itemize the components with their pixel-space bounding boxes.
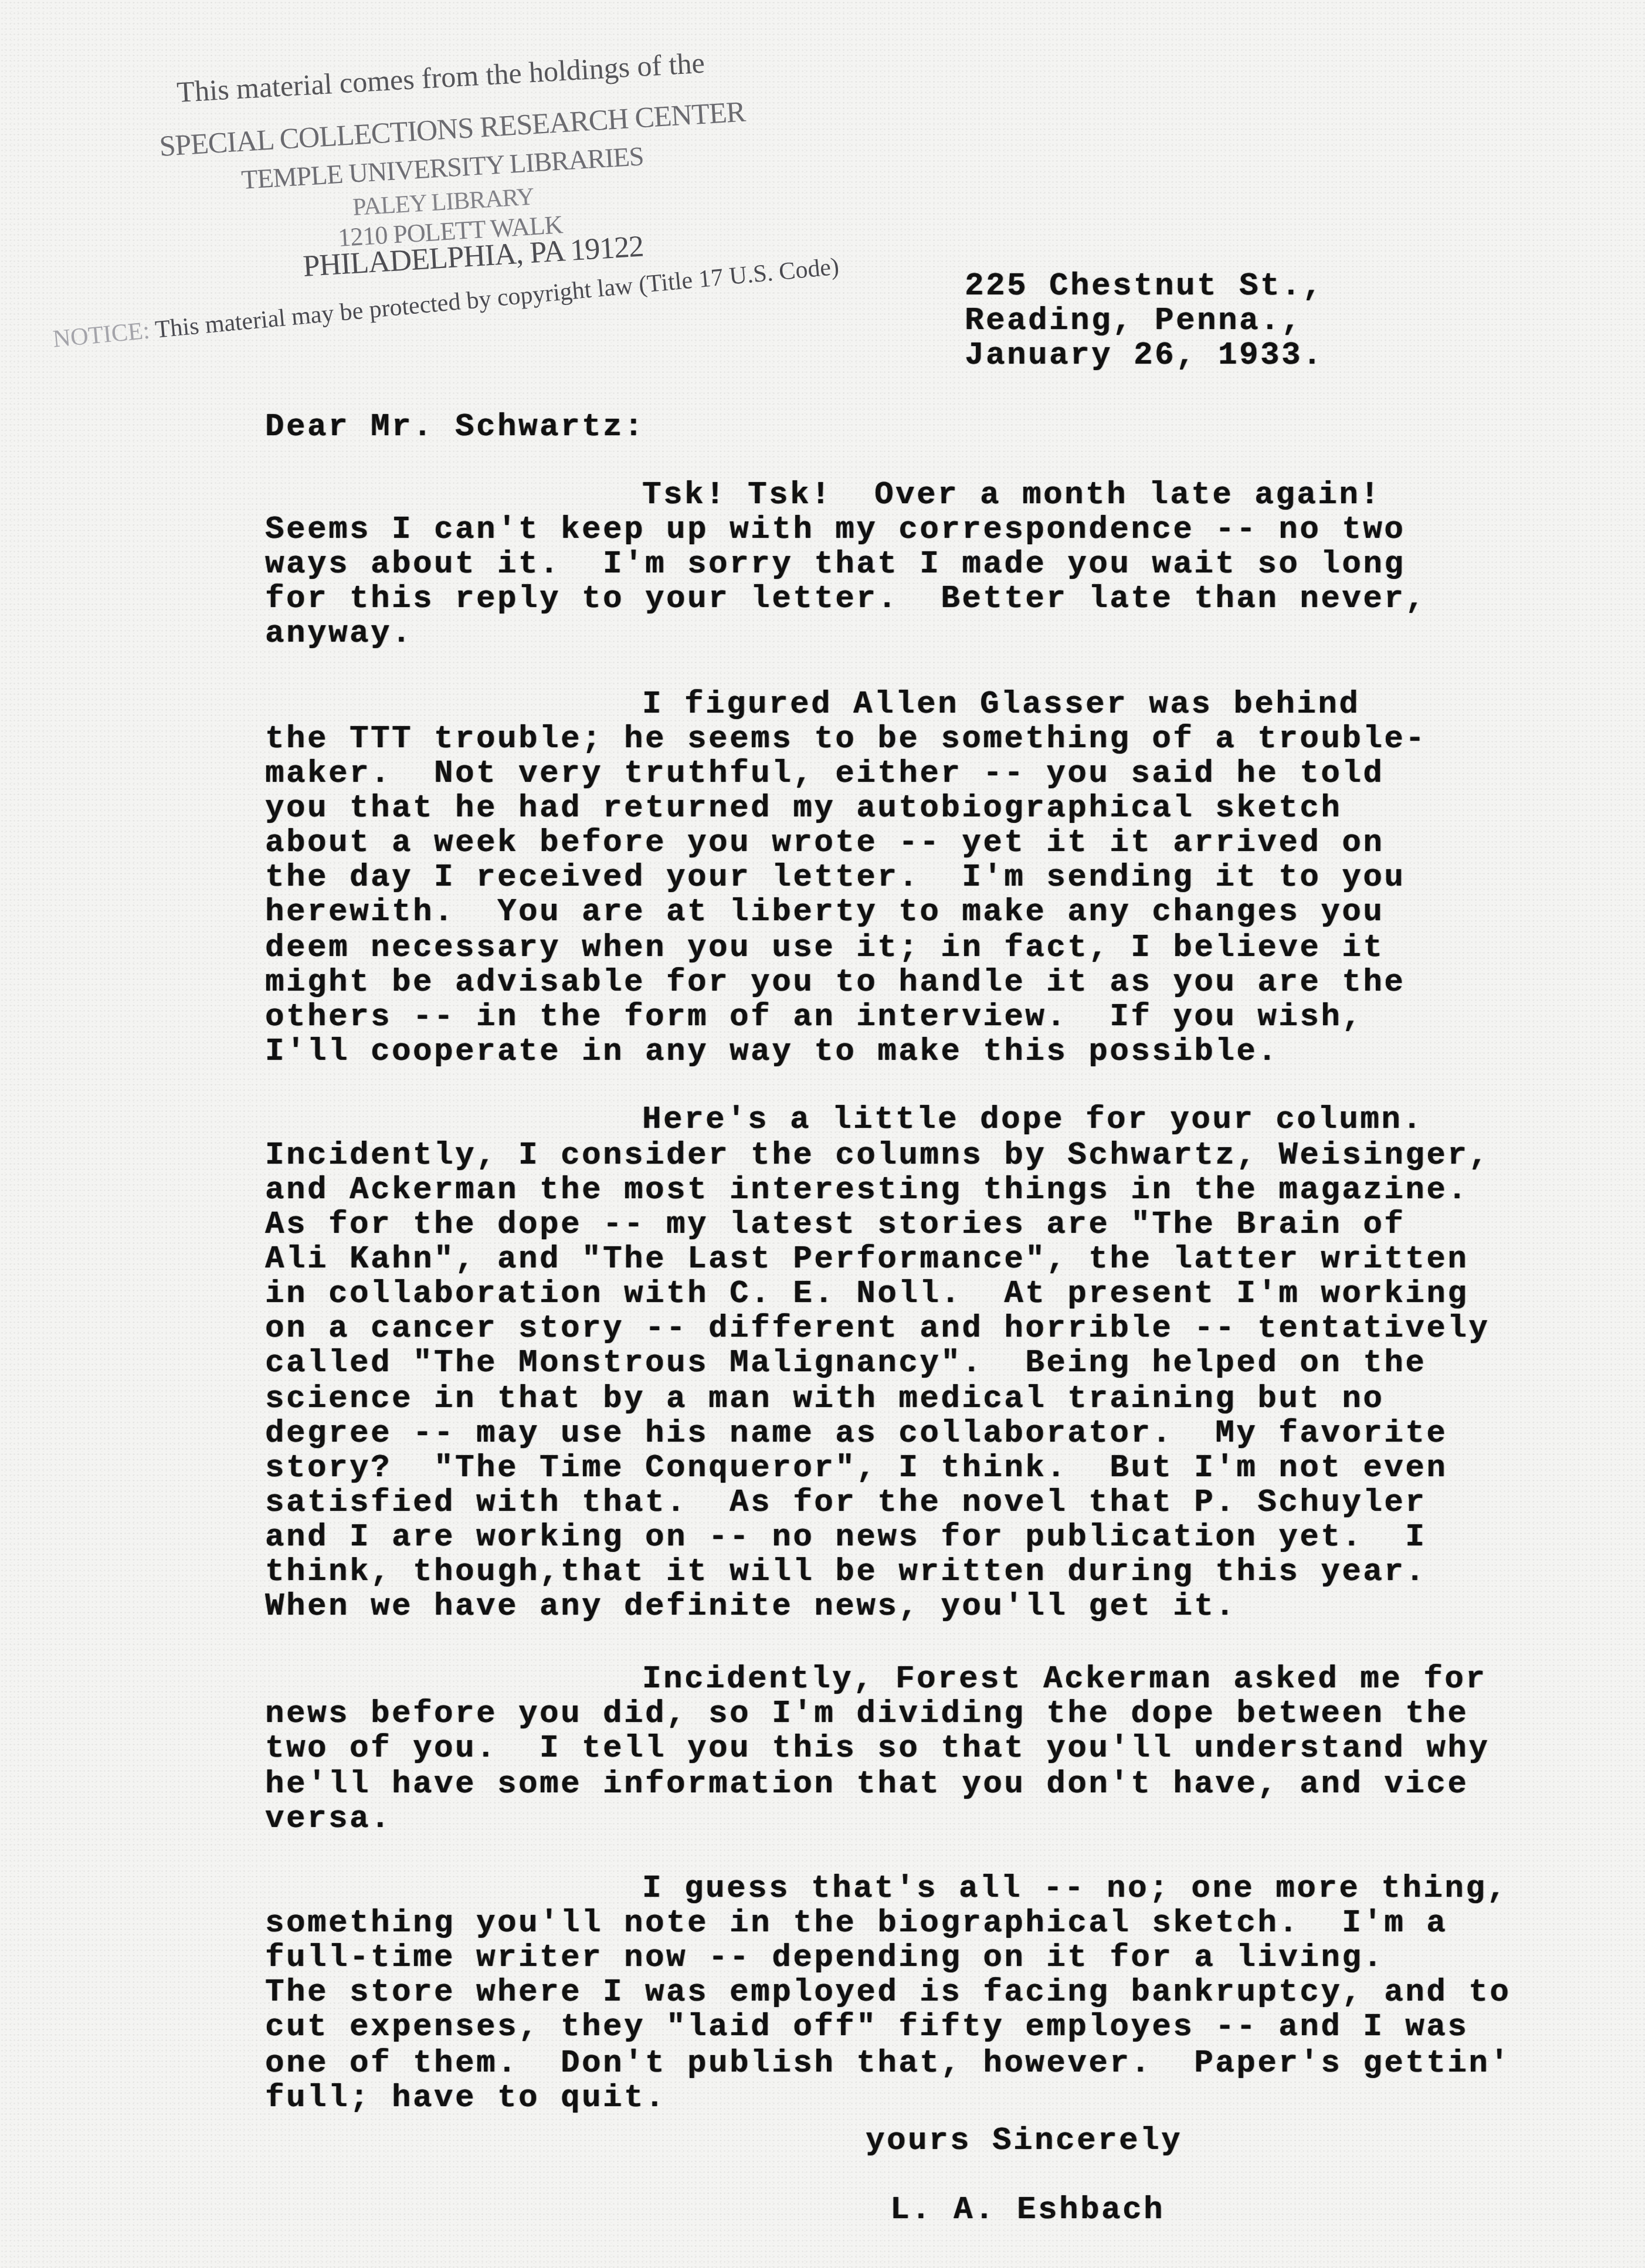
text-line: for this reply to your letter. Better la… — [265, 582, 1426, 616]
text-line: cut expenses, they "laid off" fifty empl… — [265, 2011, 1468, 2045]
text-line: When we have any definite news, you'll g… — [265, 1590, 1236, 1624]
text-line: in collaboration with C. E. Noll. At pre… — [265, 1277, 1468, 1311]
scanned-letter-page: This material comes from the holdings of… — [0, 0, 1645, 2268]
text-line: and Ackerman the most interesting things… — [265, 1174, 1468, 1208]
text-line: Here's a little dope for your column. — [642, 1103, 1423, 1137]
archive-stamp: This material comes from the holdings of… — [0, 0, 1645, 411]
signature: L. A. Eshbach — [890, 2194, 1165, 2228]
text-line: something you'll note in the biographica… — [265, 1907, 1447, 1941]
text-line: two of you. I tell you this so that you'… — [265, 1732, 1490, 1766]
text-line: and I are working on -- no news for publ… — [265, 1521, 1426, 1555]
text-line: others -- in the form of an interview. I… — [265, 1001, 1363, 1035]
text-line: I figured Allen Glasser was behind — [642, 688, 1360, 722]
text-line: one of them. Don't publish that, however… — [265, 2047, 1511, 2081]
address-line: 225 Chestnut St., — [965, 270, 1324, 304]
notice-label: NOTICE: — [52, 317, 151, 353]
text-line: on a cancer story -- different and horri… — [265, 1312, 1490, 1346]
text-line: Incidently, Forest Ackerman asked me for — [642, 1663, 1487, 1697]
text-line: story? "The Time Conqueror", I think. Bu… — [265, 1452, 1447, 1486]
text-line: the TTT trouble; he seems to be somethin… — [265, 723, 1426, 757]
text-line: the day I received your letter. I'm send… — [265, 861, 1405, 895]
text-line: called "The Monstrous Malignancy". Being… — [265, 1347, 1426, 1381]
text-line: about a week before you wrote -- yet it … — [265, 826, 1384, 860]
text-line: ways about it. I'm sorry that I made you… — [265, 548, 1405, 582]
text-line: maker. Not very truthful, either -- you … — [265, 757, 1384, 791]
text-line: The store where I was employed is facing… — [265, 1976, 1511, 2010]
stamp-heading: This material comes from the holdings of… — [176, 46, 706, 109]
text-line: I guess that's all -- no; one more thing… — [642, 1872, 1508, 1906]
text-line: herewith. You are at liberty to make any… — [265, 896, 1384, 930]
text-line: Ali Kahn", and "The Last Performance", t… — [265, 1243, 1468, 1277]
text-line: full; have to quit. — [265, 2081, 666, 2116]
text-line: Tsk! Tsk! Over a month late again! — [642, 479, 1381, 513]
text-line: Incidently, I consider the columns by Sc… — [265, 1139, 1490, 1173]
text-line: you that he had returned my autobiograph… — [265, 792, 1342, 826]
text-line: versa. — [265, 1802, 392, 1836]
text-line: science in that by a man with medical tr… — [265, 1382, 1384, 1416]
text-line: full-time writer now -- depending on it … — [265, 1941, 1384, 1975]
text-line: Seems I can't keep up with my correspond… — [265, 513, 1405, 547]
text-line: think, though,that it will be written du… — [265, 1555, 1426, 1589]
text-line: satisfied with that. As for the novel th… — [265, 1486, 1426, 1520]
address-line: Reading, Penna., — [965, 304, 1303, 338]
salutation: Dear Mr. Schwartz: — [265, 411, 645, 445]
text-line: As for the dope -- my latest stories are… — [265, 1208, 1405, 1242]
text-line: degree -- may use his name as collaborat… — [265, 1417, 1447, 1451]
text-line: anyway. — [265, 617, 413, 651]
text-line: I'll cooperate in any way to make this p… — [265, 1035, 1278, 1069]
closing: yours Sincerely — [866, 2124, 1182, 2158]
text-line: might be advisable for you to handle it … — [265, 966, 1405, 1000]
date-line: January 26, 1933. — [965, 339, 1324, 373]
text-line: he'll have some information that you don… — [265, 1768, 1468, 1802]
text-line: news before you did, so I'm dividing the… — [265, 1697, 1468, 1731]
text-line: deem necessary when you use it; in fact,… — [265, 931, 1384, 965]
